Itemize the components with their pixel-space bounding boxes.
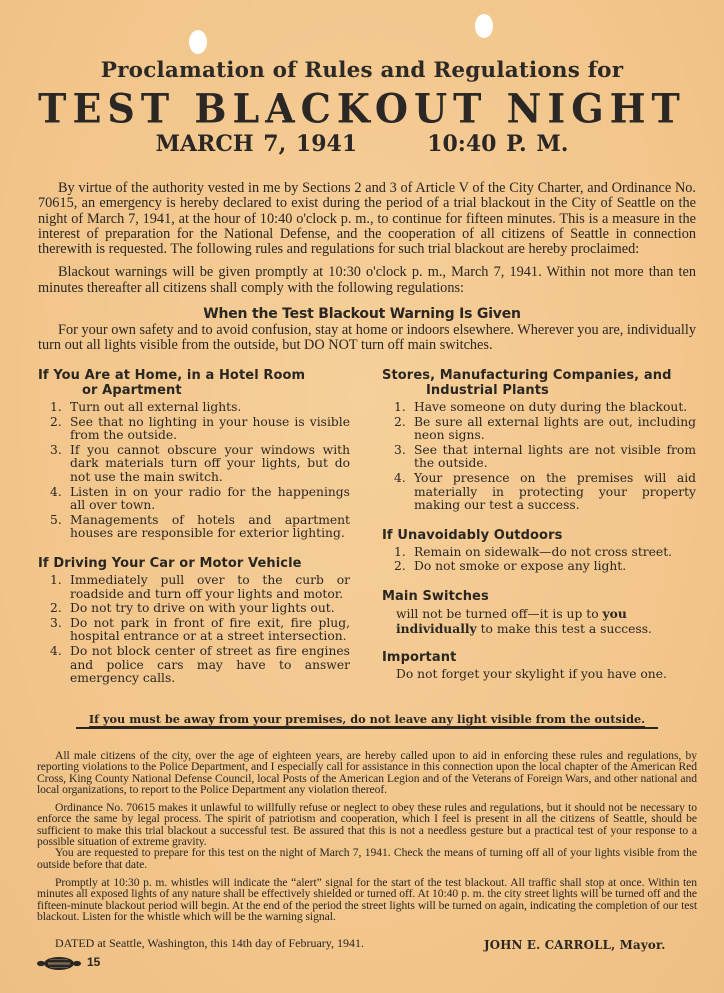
header-date: MARCH 7, 1941 <box>156 131 358 157</box>
warning-paragraph: For your own safety and to avoid confusi… <box>38 323 696 354</box>
header-subtitle: Proclamation of Rules and Regulations fo… <box>0 58 724 83</box>
header-date-time: MARCH 7, 194110:40 P. M. <box>0 131 724 157</box>
list-item: 3.Do not park in front of fire exit, fir… <box>38 617 350 644</box>
text-run: will not be turned off—it is up to <box>396 607 603 621</box>
item-text: Listen in on your radio for the happenin… <box>70 485 350 513</box>
intro-paragraph: Blackout warnings will be given promptly… <box>38 265 696 296</box>
section-important-heading: Important <box>382 650 696 665</box>
heading-line: Stores, Manufacturing Companies, and <box>382 368 671 383</box>
away-notice: If you must be away from your premises, … <box>76 712 658 729</box>
page-title: TEST BLACKOUT NIGHT <box>0 85 724 132</box>
dated-line: DATED at Seattle, Washington, this 14th … <box>55 936 364 951</box>
item-text: Your presence on the premises will aid m… <box>414 471 696 512</box>
item-number: 2. <box>394 560 406 574</box>
item-number: 1. <box>50 574 62 588</box>
list-item: 4.Listen in on your radio for the happen… <box>38 486 350 513</box>
closing-paragraph: You are requested to prepare for this te… <box>37 847 697 870</box>
home-rules-list: 1.Turn out all external lights. 2.See th… <box>38 401 350 541</box>
list-item: 1.Have someone on duty during the blacko… <box>382 401 696 415</box>
heading-line: Industrial Plants <box>382 383 696 398</box>
punch-hole-right <box>475 14 493 38</box>
intro-text: By virtue of the authority vested in me … <box>38 181 696 296</box>
item-number: 2. <box>50 602 62 616</box>
header-time: 10:40 P. M. <box>427 131 568 157</box>
list-item: 4.Your presence on the premises will aid… <box>382 472 696 513</box>
section-main-switches-heading: Main Switches <box>382 589 696 604</box>
item-text: Turn out all external lights. <box>70 400 241 414</box>
item-text: Have someone on duty during the blackout… <box>414 400 687 414</box>
item-text: Do not park in front of fire exit, fire … <box>70 616 350 644</box>
item-number: 3. <box>50 617 62 631</box>
list-item: 1.Immediately pull over to the curb or r… <box>38 574 350 601</box>
list-item: 1.Turn out all external lights. <box>38 401 350 415</box>
list-item: 4.Do not block center of street as fire … <box>38 645 350 686</box>
item-number: 1. <box>394 546 406 560</box>
item-text: Do not try to drive on with your lights … <box>70 601 335 615</box>
list-item: 3.If you cannot obscure your windows wit… <box>38 444 350 485</box>
list-item: 3.See that internal lights are not visib… <box>382 444 696 471</box>
intro-paragraph: By virtue of the authority vested in me … <box>38 181 696 257</box>
notice-text: If you must be away from your premises, … <box>89 712 645 727</box>
item-number: 2. <box>50 416 62 430</box>
proclamation-header: Proclamation of Rules and Regulations fo… <box>0 58 724 157</box>
heading-line: If You Are at Home, in a Hotel Room <box>38 368 305 383</box>
union-label-icon <box>36 956 82 971</box>
list-item: 2.See that no lighting in your house is … <box>38 416 350 443</box>
item-text: If you cannot obscure your windows with … <box>70 443 350 484</box>
closing-paragraph: All male citizens of the city, over the … <box>37 750 697 795</box>
item-text: Do not smoke or expose any light. <box>414 559 626 573</box>
item-number: 4. <box>50 645 62 659</box>
item-number: 4. <box>50 486 62 500</box>
item-text: Do not block center of street as fire en… <box>70 644 350 685</box>
closing-paragraph: Promptly at 10:30 p. m. whistles will in… <box>37 877 697 922</box>
important-text: Do not forget your skylight if you have … <box>382 668 696 682</box>
warning-heading: When the Test Blackout Warning Is Given <box>0 306 724 322</box>
item-text: Remain on sidewalk—do not cross street. <box>414 545 672 559</box>
item-number: 5. <box>50 514 62 528</box>
item-text: Managements of hotels and apartment hous… <box>70 513 350 541</box>
left-column: If You Are at Home, in a Hotel Room or A… <box>38 368 350 687</box>
item-text: Be sure all external lights are out, inc… <box>414 415 696 443</box>
page-number: 15 <box>87 955 100 969</box>
driving-rules-list: 1.Immediately pull over to the curb or r… <box>38 574 350 686</box>
text-run: to make this test a success. <box>477 622 652 636</box>
item-text: Immediately pull over to the curb or roa… <box>70 573 350 601</box>
list-item: 2.Do not smoke or expose any light. <box>382 560 696 574</box>
closing-text: All male citizens of the city, over the … <box>37 750 697 922</box>
outdoors-rules-list: 1.Remain on sidewalk—do not cross street… <box>382 546 696 574</box>
item-number: 1. <box>50 401 62 415</box>
closing-paragraph: Ordinance No. 70615 makes it unlawful to… <box>37 802 697 847</box>
warning-text: For your own safety and to avoid confusi… <box>38 323 696 354</box>
mayor-signature: JOHN E. CARROLL, Mayor. <box>484 938 666 952</box>
section-home-heading: If You Are at Home, in a Hotel Room or A… <box>38 368 350 398</box>
item-number: 2. <box>394 416 406 430</box>
item-number: 4. <box>394 472 406 486</box>
section-stores-heading: Stores, Manufacturing Companies, and Ind… <box>382 368 696 398</box>
list-item: 5.Managements of hotels and apartment ho… <box>38 514 350 541</box>
item-number: 3. <box>50 444 62 458</box>
item-text: See that internal lights are not visible… <box>414 443 696 471</box>
heading-line: or Apartment <box>38 383 350 398</box>
punch-hole-left <box>189 30 207 54</box>
list-item: 1.Remain on sidewalk—do not cross street… <box>382 546 696 560</box>
list-item: 2.Do not try to drive on with your light… <box>38 602 350 616</box>
item-number: 1. <box>394 401 406 415</box>
right-column: Stores, Manufacturing Companies, and Ind… <box>382 368 696 682</box>
section-outdoors-heading: If Unavoidably Outdoors <box>382 528 696 543</box>
stores-rules-list: 1.Have someone on duty during the blacko… <box>382 401 696 513</box>
list-item: 2.Be sure all external lights are out, i… <box>382 416 696 443</box>
section-driving-heading: If Driving Your Car or Motor Vehicle <box>38 556 350 571</box>
item-number: 3. <box>394 444 406 458</box>
main-switches-text: will not be turned off—it is up to you i… <box>382 607 696 636</box>
item-text: See that no lighting in your house is vi… <box>70 415 350 443</box>
